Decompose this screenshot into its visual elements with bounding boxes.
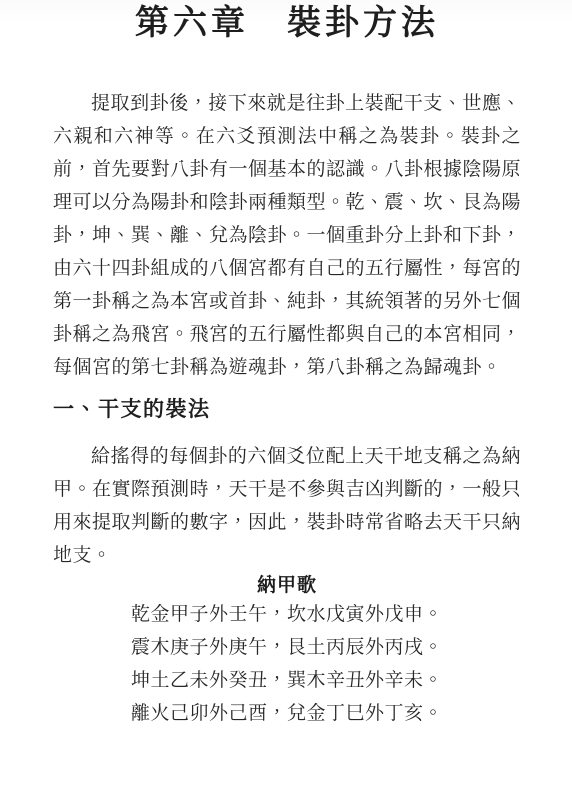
verse-najia-song: 納甲歌 乾金甲子外壬午，坎水戊寅外戊申。 震木庚子外庚午，艮土丙辰外丙戌。 坤土…: [53, 573, 521, 730]
book-page: 第六章 裝卦方法 提取到卦後，接下來就是往卦上裝配干支、世應、六親和六神等。在六…: [0, 0, 572, 801]
verse-title: 納甲歌: [53, 573, 521, 598]
chapter-title: 第六章 裝卦方法: [53, 2, 521, 45]
section-heading-ganzhi: 一、干支的裝法: [53, 395, 521, 423]
verse-line-4: 離火己卯外己酉，兌金丁巳外丁亥。: [53, 697, 521, 730]
verse-line-2: 震木庚子外庚午，艮土丙辰外丙戌。: [53, 631, 521, 664]
verse-line-1: 乾金甲子外壬午，坎水戊寅外戊申。: [53, 598, 521, 631]
paragraph-ganzhi: 給搖得的每個卦的六個爻位配上天干地支稱之為納甲。在實際預測時，天干是不參與吉凶判…: [53, 440, 521, 572]
paragraph-intro: 提取到卦後，接下來就是往卦上裝配干支、世應、六親和六神等。在六爻預測法中稱之為裝…: [53, 87, 521, 384]
verse-line-3: 坤土乙未外癸丑，巽木辛丑外辛未。: [53, 664, 521, 697]
